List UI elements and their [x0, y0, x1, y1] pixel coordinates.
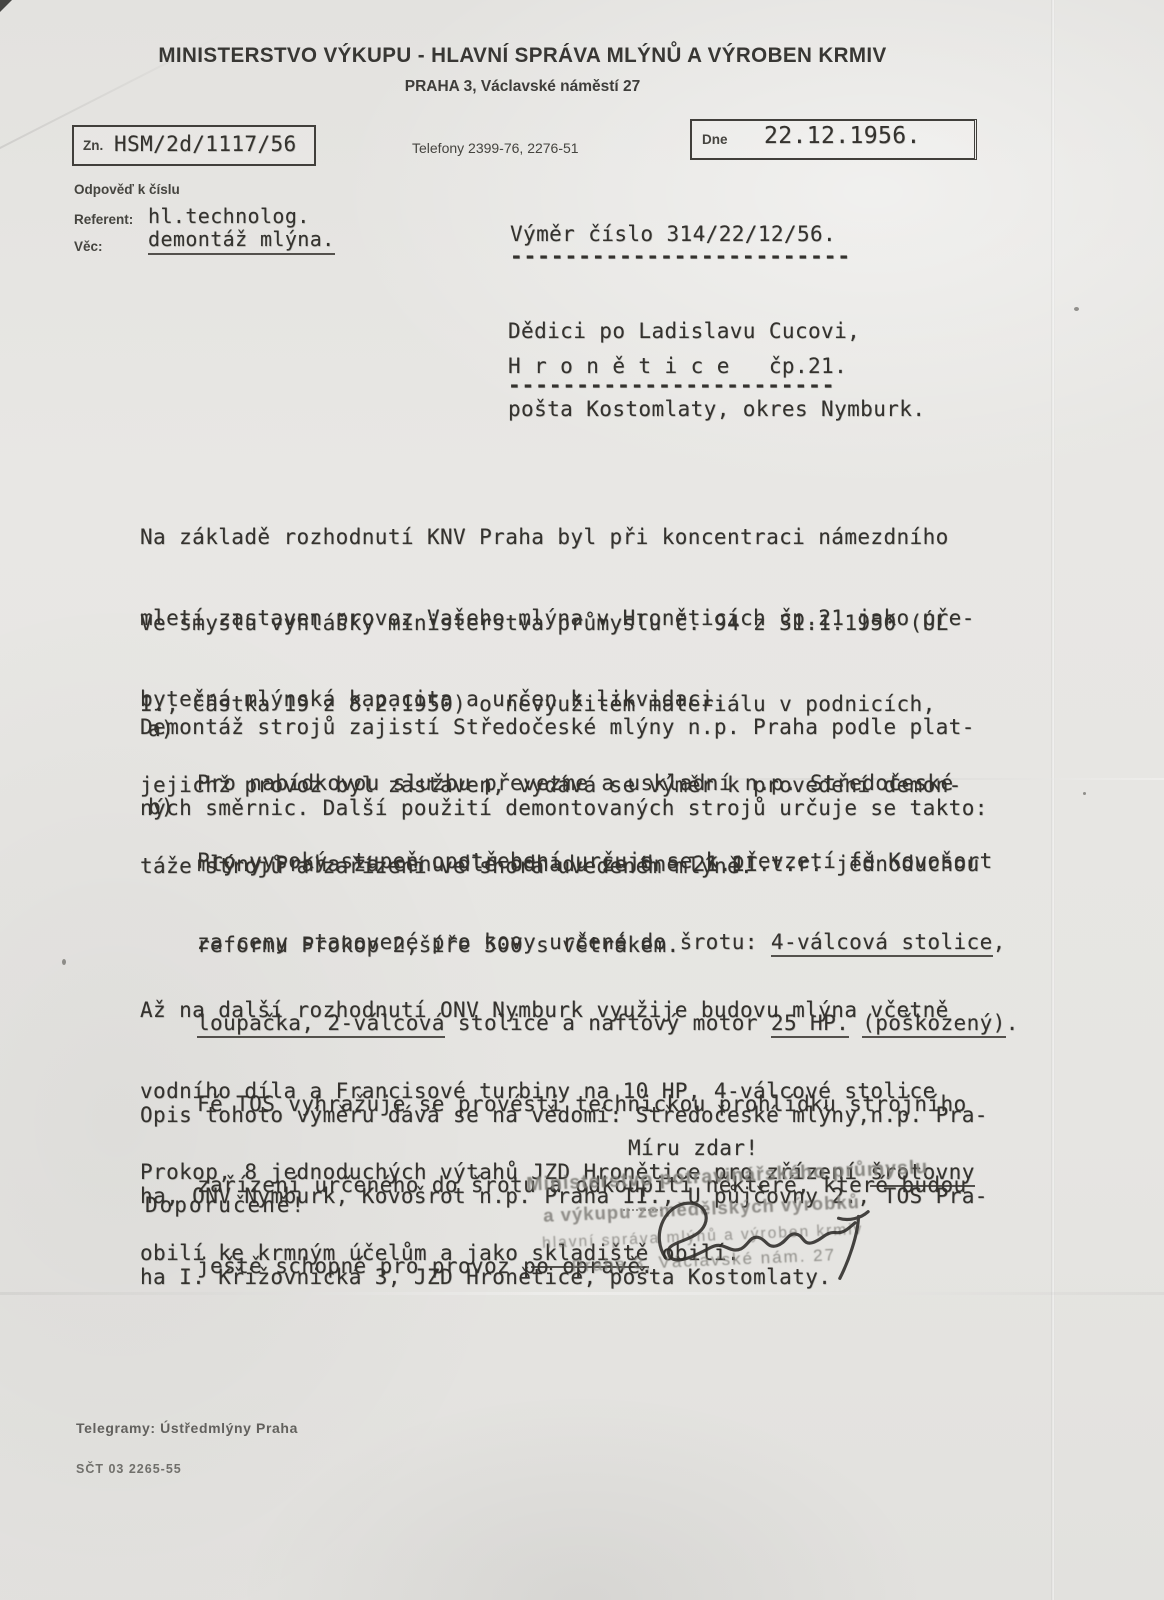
text-line: Až na další rozhodnutí ONV Nymburk využi…: [140, 997, 975, 1024]
subject-value: demontáž mlýna.: [148, 227, 335, 255]
document-page: MINISTERSTVO VÝKUPU - HLAVNÍ SPRÁVA MLÝN…: [0, 0, 1164, 1600]
text-line: Pro nabídkovou službu převezme a uskladn…: [197, 770, 980, 797]
registered-mail-note: Doporučeně!: [145, 1192, 306, 1219]
list-item-a-label: a): [148, 716, 174, 743]
telegram-address: Telegramy: Ústředmlýny Praha: [76, 1420, 298, 1436]
text-segment: ,: [993, 930, 1006, 954]
date-value: 22.12.1956.: [764, 123, 921, 149]
dne-label: Dne: [702, 132, 728, 147]
form-print-code: SČT 03 2265-55: [76, 1462, 182, 1476]
recipient-post: pošta Kostomlaty, okres Nymburk.: [508, 396, 925, 423]
zn-value: HSM/2d/1117/56: [114, 131, 297, 158]
referent-label: Referent:: [74, 212, 133, 227]
text-line: Na základě rozhodnutí KNV Praha byl při …: [140, 524, 975, 551]
decree-underline-dashes: -------------------------: [510, 243, 851, 270]
ink-speck: [1074, 307, 1079, 311]
text-line: Ve smyslu vyhlášky ministerstva průmyslu…: [140, 610, 962, 637]
text-line: Pro vysoký stupeň opotřebení určuje se k…: [197, 848, 1019, 875]
letterhead-address: PRAHA 3, Václavské náměstí 27: [150, 78, 895, 96]
ink-speck: [62, 959, 66, 965]
signature: [638, 1173, 887, 1303]
telephone-numbers: Telefony 2399-76, 2276-51: [412, 140, 579, 156]
text-line: Opis tohoto výměru dává se na vědomí: St…: [140, 1102, 988, 1129]
paper-corner-mark: [0, 0, 12, 12]
text-segment: .: [1006, 1011, 1019, 1035]
closing-salute: Míru zdar!: [628, 1135, 758, 1162]
subject-label: Věc:: [74, 239, 103, 254]
ink-speck: [1083, 792, 1086, 795]
letterhead-title: MINISTERSTVO VÝKUPU - HLAVNÍ SPRÁVA MLÝN…: [157, 44, 887, 68]
referent-value: hl.technolog.: [148, 204, 310, 228]
reply-to-number-label: Odpověď k číslu: [74, 182, 180, 197]
zn-label: Zn.: [83, 138, 103, 153]
recipient-name: Dědici po Ladislavu Cucovi,: [508, 318, 860, 345]
reference-number-box: Zn. HSM/2d/1117/56: [72, 125, 316, 166]
recipient-underline-dashes: ------------------------: [508, 372, 835, 399]
paper-fold-line: [1051, 0, 1055, 1600]
date-box: Dne 22.12.1956.: [690, 119, 977, 160]
list-item-b-label: b): [148, 794, 174, 821]
